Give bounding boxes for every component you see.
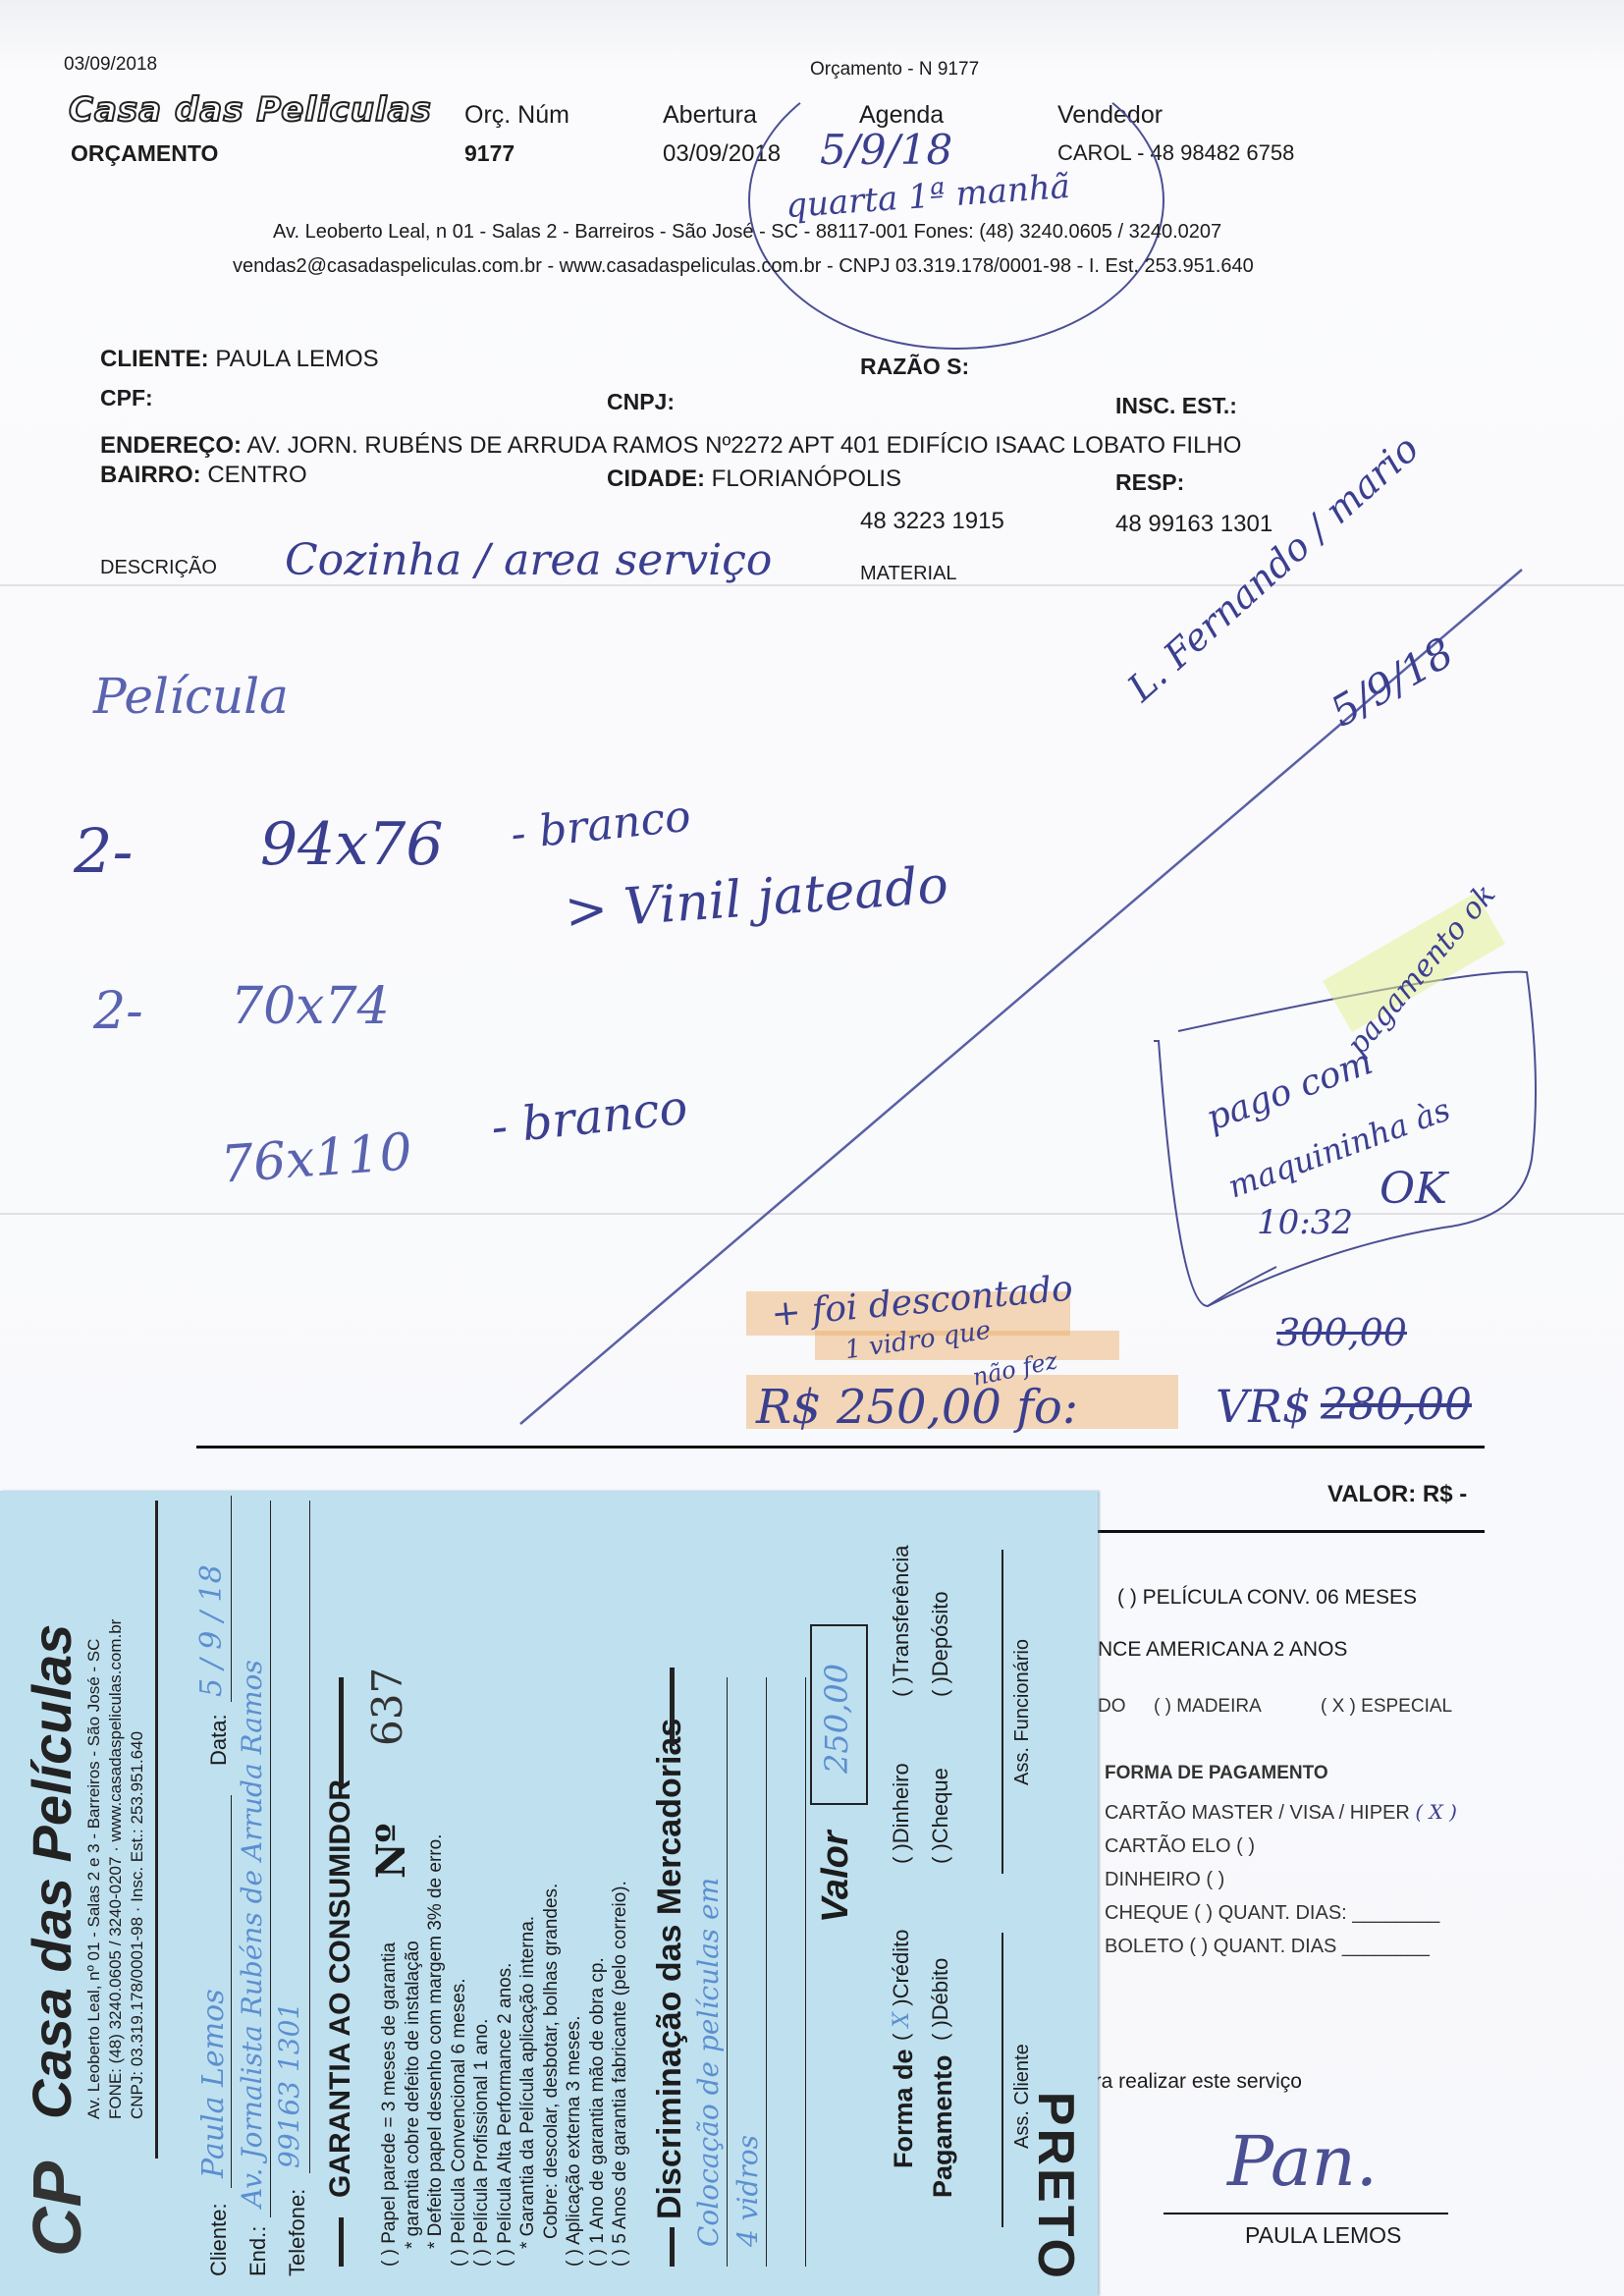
receipt-phones: FONE: (48) 3240.0605 / 3240-0207 · www.c… bbox=[106, 1619, 126, 2119]
option-performance[interactable]: NCE AMERICANA 2 ANOS bbox=[1098, 1638, 1347, 1662]
signer-name: PAULA LEMOS bbox=[1245, 2222, 1401, 2249]
warranty-note: * Garantia da Película aplicação interna… bbox=[516, 1756, 540, 2267]
warranty-note: Cobre: descolar, desbotar, bolhas grande… bbox=[540, 1756, 564, 2267]
box-note-line: 10:32 bbox=[1257, 1203, 1353, 1242]
signature-line bbox=[1001, 1550, 1003, 1874]
signature-line bbox=[1164, 2213, 1448, 2214]
field-line bbox=[231, 1496, 232, 1702]
valor-box[interactable]: 250,00 bbox=[810, 1624, 868, 1805]
pay-option-dinheiro[interactable]: ( )Dinheiro bbox=[889, 1763, 914, 1864]
receipt-cliente-value: Paula Lemos bbox=[196, 1989, 231, 2178]
signature-line bbox=[1001, 1933, 1003, 2227]
forma-label: Pagamento bbox=[928, 2054, 958, 2198]
field-line bbox=[727, 1677, 728, 2267]
option-especial[interactable]: ( X ) ESPECIAL bbox=[1321, 1696, 1452, 1718]
option-row3: DO bbox=[1098, 1696, 1126, 1718]
warranty-title: GARANTIA AO CONSUMIDOR bbox=[324, 1779, 357, 2198]
field-line bbox=[231, 1795, 232, 2188]
valor-value: 250,00 bbox=[818, 1664, 855, 1774]
payment-option-dinheiro[interactable]: DINHEIRO ( ) bbox=[1105, 1863, 1457, 1896]
receipt-end-value: Av. Jornalista Rubéns de Arruda Ramos bbox=[236, 1660, 268, 2208]
struck-price: 300,00 bbox=[1276, 1311, 1407, 1354]
merch-title: Discriminação das Mercadorias bbox=[651, 1719, 689, 2219]
field-line bbox=[805, 1677, 806, 2267]
divider bbox=[670, 2227, 675, 2267]
warranty-receipt: PRETO CP Casa das Películas Av. Leoberto… bbox=[0, 1491, 1098, 2296]
receipt-brand: Casa das Películas bbox=[20, 1624, 83, 2119]
pay-option-debito[interactable]: ( )Débito bbox=[928, 1958, 953, 2041]
divider bbox=[339, 2217, 344, 2267]
struck-price: 280,00 bbox=[1321, 1380, 1472, 1430]
divider bbox=[670, 1667, 675, 1746]
payment-option-cheque[interactable]: CHEQUE ( ) QUANT. DIAS: ________ bbox=[1105, 1896, 1457, 1930]
box-note-ok: OK bbox=[1380, 1164, 1447, 1214]
warranty-item[interactable]: ( ) Papel parede = 3 meses de garantia bbox=[378, 1756, 402, 2267]
warranty-item[interactable]: ( ) Película Alta Performance 2 anos. bbox=[494, 1756, 517, 2267]
receipt-address: Av. Leoberto Leal, nº 01 - Salas 2 e 3 -… bbox=[84, 1639, 104, 2119]
authorization-text: ara realizar este serviço bbox=[1083, 2070, 1302, 2094]
field-line bbox=[309, 1501, 310, 2173]
payment-option-boleto[interactable]: BOLETO ( ) QUANT. DIAS ________ bbox=[1105, 1930, 1457, 1963]
payment-option-elo[interactable]: CARTÃO ELO ( ) bbox=[1105, 1830, 1457, 1863]
receipt-cliente-label: Cliente: bbox=[206, 2203, 232, 2276]
receipt-telefone-label: Telefone: bbox=[285, 2189, 310, 2276]
warranty-note: * Defeito papel desenho com margem 3% de… bbox=[424, 1756, 448, 2267]
warranty-item[interactable]: ( ) Aplicação externa 3 meses. bbox=[563, 1756, 586, 2267]
merch-line: 4 vidros bbox=[731, 2135, 764, 2247]
warranty-list: ( ) Papel parede = 3 meses de garantia *… bbox=[378, 1756, 632, 2267]
ass-funcionario-label: Ass. Funcionário bbox=[1011, 1639, 1034, 1785]
payment-option-card[interactable]: CARTÃO MASTER / VISA / HIPER ( X ) bbox=[1105, 1795, 1457, 1830]
preto-stamp: PRETO bbox=[1026, 2092, 1085, 2281]
payment-list: CARTÃO MASTER / VISA / HIPER ( X ) CARTÃ… bbox=[1105, 1795, 1457, 1963]
receipt-cnpj: CNPJ: 03.319.178/0001-98 · Insc. Est.: 2… bbox=[128, 1731, 147, 2119]
warranty-item[interactable]: ( ) Película Profissional 1 ano. bbox=[470, 1756, 494, 2267]
payment-title: FORMA DE PAGAMENTO bbox=[1105, 1763, 1328, 1784]
divider bbox=[1090, 1530, 1485, 1533]
option-madeira[interactable]: ( ) MADEIRA bbox=[1154, 1696, 1262, 1718]
divider bbox=[155, 1501, 158, 2159]
vr-label: VR$ bbox=[1216, 1380, 1311, 1433]
receipt-telefone-value: 99163 1301 bbox=[273, 2002, 305, 2168]
field-line bbox=[270, 1501, 271, 2217]
valor-label: Valor bbox=[815, 1831, 857, 1923]
field-line bbox=[766, 1677, 767, 2267]
pay-option-credito[interactable]: ( X )Crédito bbox=[889, 1930, 914, 2042]
receipt-end-label: End.: bbox=[245, 2226, 271, 2276]
pay-option-deposito[interactable]: ( )Depósito bbox=[928, 1591, 953, 1697]
ass-cliente-label: Ass. Cliente bbox=[1011, 2044, 1034, 2149]
final-price: R$ 250,00 fo: bbox=[756, 1380, 1078, 1435]
client-signature: Pan. bbox=[1227, 2121, 1378, 2202]
pay-option-cheque[interactable]: ( )Cheque bbox=[928, 1768, 953, 1864]
warranty-note: * garantia cobre defeito de instalação bbox=[402, 1756, 425, 2267]
valor-total: VALOR: R$ - bbox=[1327, 1481, 1467, 1508]
pay-option-transferencia[interactable]: ( )Transferência bbox=[889, 1546, 914, 1697]
receipt-logo: CP bbox=[18, 2161, 96, 2257]
receipt-data-value: 5 / 9 / 18 bbox=[194, 1564, 229, 1697]
receipt-data-label: Data: bbox=[206, 1714, 232, 1766]
warranty-item[interactable]: ( ) Película Convencional 6 meses. bbox=[448, 1756, 471, 2267]
receipt-number: 637 bbox=[363, 1667, 411, 1746]
forma-label: Forma de bbox=[889, 2049, 919, 2168]
option-pelicula-conv[interactable]: ( ) PELÍCULA CONV. 06 MESES bbox=[1117, 1586, 1417, 1610]
warranty-item[interactable]: ( ) 5 Anos de garantia fabricante (pelo … bbox=[609, 1756, 632, 2267]
divider bbox=[339, 1677, 344, 1785]
warranty-item[interactable]: ( ) 1 Ano de garantia mão de obra cp. bbox=[586, 1756, 610, 2267]
divider bbox=[196, 1446, 1485, 1449]
merch-line: Colocação de películas em bbox=[692, 1878, 725, 2247]
